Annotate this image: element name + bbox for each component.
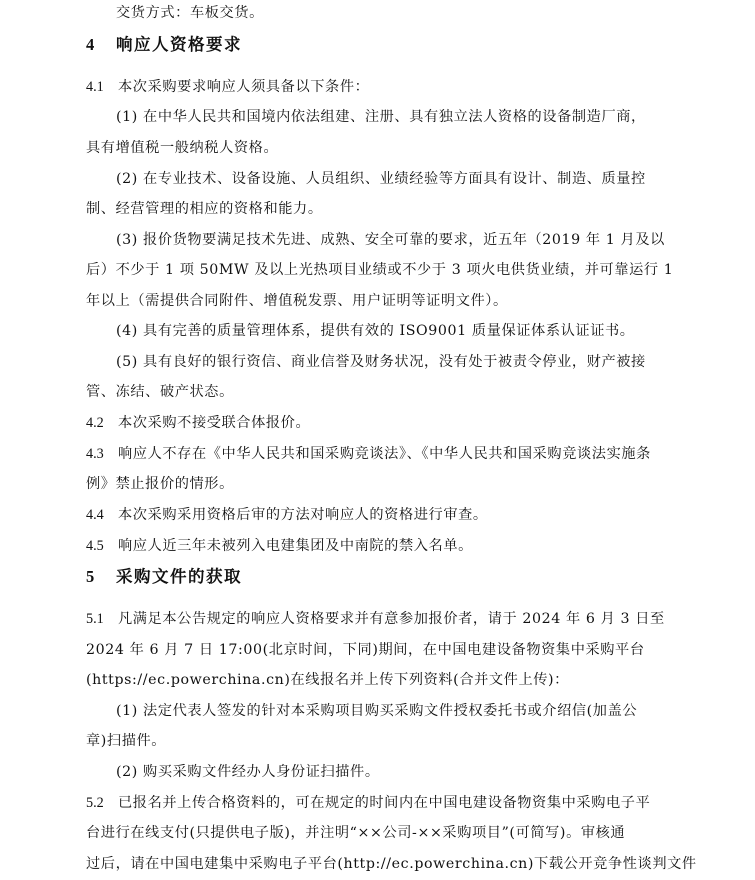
- clause-5-1-line1: 5.1凡满足本公告规定的响应人资格要求并有意参加报价者，请于 2024 年 6 …: [86, 610, 668, 628]
- item-4-1-1-line2: 具有增值税一般纳税人资格。: [86, 139, 668, 157]
- clause-4-3-line2: 例》禁止报价的情形。: [86, 475, 668, 493]
- item-4-1-1-line1: (1) 在中华人民共和国境内依法组建、注册、具有独立法人资格的设备制造厂商，: [116, 108, 668, 126]
- clause-5-2-line3: 过后，请在中国电建集中采购电子平台(http://ec.powerchina.c…: [86, 855, 668, 873]
- item-4-1-2-line2: 制、经营管理的相应的资格和能力。: [86, 200, 668, 218]
- item-4-1-4: (4) 具有完善的质量管理体系，提供有效的 ISO9001 质量保证体系认证证书…: [116, 322, 668, 340]
- clause-4-3-line1: 4.3响应人不存在《中华人民共和国采购竞谈法》、《中华人民共和国采购竞谈法实施条: [86, 445, 668, 463]
- section-number: 5: [86, 568, 116, 586]
- clause-5-2-line2: 台进行在线支付(只提供电子版)，并注明“××公司-××采购项目”(可简写)。审核…: [86, 824, 668, 842]
- clause-4-2: 4.2本次采购不接受联合体报价。: [86, 414, 668, 432]
- item-5-1-2: (2) 购买采购文件经办人身份证扫描件。: [116, 763, 668, 781]
- section-title: 采购文件的获取: [116, 567, 242, 586]
- item-4-1-3-line2: 后）不少于 1 项 50MW 及以上光热项目业绩或不少于 3 项火电供货业绩，并…: [86, 261, 668, 279]
- item-4-1-3-line1: (3) 报价货物要满足技术先进、成熟、安全可靠的要求，近五年（2019 年 1 …: [116, 231, 668, 249]
- item-4-1-2-line1: (2) 在专业技术、设备设施、人员组织、业绩经验等方面具有设计、制造、质量控: [116, 170, 668, 188]
- clause-4-5: 4.5响应人近三年未被列入电建集团及中南院的禁入名单。: [86, 537, 668, 555]
- delivery-method-line: 交货方式：车板交货。: [116, 4, 668, 22]
- clause-5-2-line1: 5.2已报名并上传合格资料的，可在规定的时间内在中国电建设备物资集中采购电子平: [86, 794, 668, 812]
- section-number: 4: [86, 36, 116, 54]
- clause-4-4: 4.4本次采购采用资格后审的方法对响应人的资格进行审查。: [86, 506, 668, 524]
- section-title: 响应人资格要求: [116, 35, 242, 54]
- clause-5-1-line3: (https://ec.powerchina.cn)在线报名并上传下列资料(合并…: [86, 671, 668, 689]
- section-5-heading: 5采购文件的获取: [86, 568, 668, 586]
- section-4-heading: 4响应人资格要求: [86, 36, 668, 54]
- clause-4-1: 4.1本次采购要求响应人须具备以下条件：: [86, 78, 668, 96]
- item-5-1-1-line1: (1) 法定代表人签发的针对本采购项目购买采购文件授权委托书或介绍信(加盖公: [116, 702, 668, 720]
- item-4-1-3-line3: 年以上（需提供合同附件、增值税发票、用户证明等证明文件）。: [86, 292, 668, 310]
- item-5-1-1-line2: 章)扫描件。: [86, 732, 668, 750]
- clause-5-1-line2: 2024 年 6 月 7 日 17:00(北京时间，下同)期间，在中国电建设备物…: [86, 641, 668, 659]
- item-4-1-5-line2: 管、冻结、破产状态。: [86, 383, 668, 401]
- item-4-1-5-line1: (5) 具有良好的银行资信、商业信誉及财务状况，没有处于被责令停业，财产被接: [116, 353, 668, 371]
